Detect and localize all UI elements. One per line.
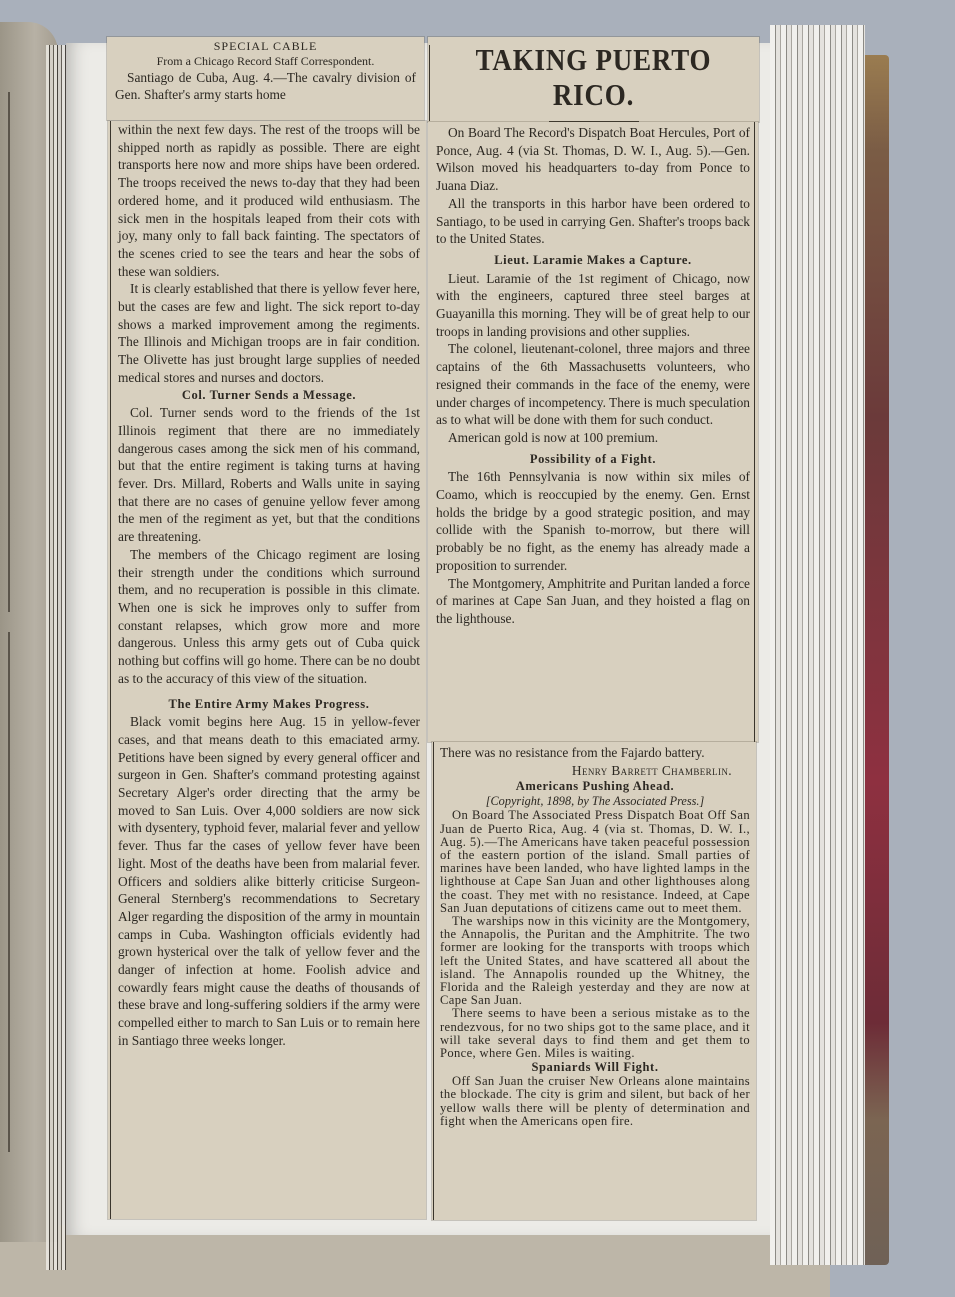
- subhead: Possibility of a Fight.: [436, 451, 750, 469]
- paragraph: There seems to have been a serious mista…: [440, 1007, 750, 1060]
- column-rule: [754, 122, 755, 742]
- paragraph: The 16th Pennsylvania is now within six …: [436, 468, 750, 574]
- paragraph: American gold is now at 100 premium.: [436, 429, 750, 447]
- subhead: Col. Turner Sends a Message.: [118, 387, 420, 405]
- signature: Henry Barrett Chamberlin.: [440, 762, 750, 780]
- paragraph: All the transports in this harbor have b…: [436, 195, 750, 248]
- column-rule: [433, 742, 434, 1220]
- column-rule: [110, 121, 111, 1219]
- clipping-headline: TAKING PUERTO RICO. AMERICANS PUSHING AH…: [428, 37, 759, 122]
- paragraph: Black vomit begins here Aug. 15 in yello…: [118, 713, 420, 1049]
- paragraph: On Board The Record's Dispatch Boat Herc…: [436, 124, 750, 195]
- paragraph: On Board The Associated Press Dispatch B…: [440, 809, 750, 915]
- column-rule: [429, 45, 430, 121]
- paragraph: There was no resistance from the Fajardo…: [440, 744, 750, 762]
- clipping-associated-press: There was no resistance from the Fajardo…: [432, 742, 756, 1220]
- page-edges-stack: [770, 25, 865, 1265]
- paragraph: The colonel, lieutenant-colonel, three m…: [436, 340, 750, 429]
- kicker: SPECIAL CABLE: [115, 39, 416, 54]
- subhead: The Entire Army Makes Progress.: [118, 696, 420, 714]
- paragraph: Lieut. Laramie of the 1st regiment of Ch…: [436, 270, 750, 341]
- left-page-rule: [8, 632, 10, 1152]
- byline-credit: From a Chicago Record Staff Corresponden…: [115, 54, 416, 69]
- marbled-cover-edge: [865, 55, 889, 1265]
- left-page-rule: [8, 92, 10, 612]
- clipping-puerto-rico-article: On Board The Record's Dispatch Boat Herc…: [428, 122, 758, 742]
- paragraph: The members of the Chicago regiment are …: [118, 546, 420, 688]
- paragraph: Off San Juan the cruiser New Orleans alo…: [440, 1075, 750, 1128]
- paragraph: Col. Turner sends word to the friends of…: [118, 404, 420, 546]
- subhead: Spaniards Will Fight.: [440, 1060, 750, 1075]
- paragraph: within the next few days. The rest of th…: [118, 121, 420, 280]
- paragraph: It is clearly established that there is …: [118, 280, 420, 386]
- clipping-santiago-article: within the next few days. The rest of th…: [108, 121, 426, 1219]
- headline: TAKING PUERTO RICO.: [434, 43, 753, 112]
- paragraph: The Montgomery, Amphitrite and Puritan l…: [436, 575, 750, 628]
- clipping-special-cable-header: SPECIAL CABLE From a Chicago Record Staf…: [107, 37, 424, 120]
- paragraph: The warships now in this vicinity are th…: [440, 915, 750, 1007]
- dateline: Santiago de Cuba, Aug. 4.—The cavalry di…: [115, 69, 416, 103]
- subhead: Lieut. Laramie Makes a Capture.: [436, 252, 750, 270]
- copyright-line: [Copyright, 1898, by The Associated Pres…: [440, 794, 750, 809]
- subhead: Americans Pushing Ahead.: [440, 779, 750, 794]
- table-surface: [0, 1225, 830, 1297]
- binding-stubs: [46, 45, 66, 1270]
